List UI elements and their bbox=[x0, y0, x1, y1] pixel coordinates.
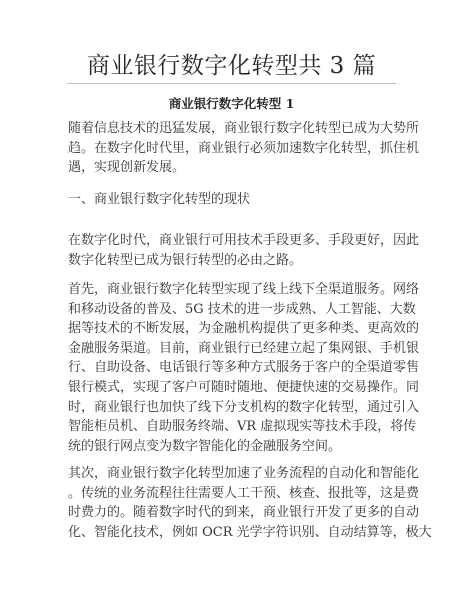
text-line: 据等技术的不断发展，为金融机构提供了更多种类、更高效的 bbox=[68, 319, 398, 339]
paragraph-second: 其次，商业银行数字化转型加速了业务流程的自动化和智能化 。传统的业务流程往往需要… bbox=[68, 464, 398, 542]
paragraph-first: 首先，商业银行数字化转型实现了线上线下全渠道服务。网络 和移动设备的普及、5G … bbox=[68, 280, 398, 456]
document-title: 商业银行数字化转型共 3 篇 bbox=[0, 52, 463, 80]
text-line: 和移动设备的普及、5G 技术的进一步成熟、人工智能、大数 bbox=[68, 300, 398, 320]
text-line: 首先，商业银行数字化转型实现了线上线下全渠道服务。网络 bbox=[68, 280, 398, 300]
section-title: 商业银行数字化转型 1 bbox=[0, 95, 463, 113]
text-line: 趋。在数字化时代里，商业银行必须加速数字化转型，抓住机 bbox=[68, 139, 398, 159]
text-line: 其次，商业银行数字化转型加速了业务流程的自动化和智能化 bbox=[68, 464, 398, 484]
paragraph-digital-era: 在数字化时代，商业银行可用技术手段更多、手段更好，因此 数字化转型已成为银行转型… bbox=[68, 231, 398, 270]
text-line: 数字化转型已成为银行转型的必由之路。 bbox=[68, 251, 398, 271]
text-line: 时费力的。随着数字时代的到来，商业银行开发了更多的自动 bbox=[68, 503, 398, 523]
section-heading-status: 一、商业银行数字化转型的现状 bbox=[68, 190, 398, 210]
text-line: 时，商业银行也加快了线下分支机构的数字化转型，通过引入 bbox=[68, 398, 398, 418]
text-line: 智能柜员机、自助服务终端、VR 虚拟现实等技术手段，将传 bbox=[68, 417, 398, 437]
text-line: 化、智能化技术，例如 OCR 光学字符识别、自动结算等，极大 bbox=[68, 523, 398, 543]
paragraph-intro: 随着信息技术的迅猛发展，商业银行数字化转型已成为大势所 趋。在数字化时代里，商业… bbox=[68, 119, 398, 178]
text-line: 。传统的业务流程往往需要人工干预、核查、报批等，这是费 bbox=[68, 484, 398, 504]
text-line: 遇，实现创新发展。 bbox=[68, 158, 398, 178]
text-line: 在数字化时代，商业银行可用技术手段更多、手段更好，因此 bbox=[68, 231, 398, 251]
document-page: 商业银行数字化转型共 3 篇 商业银行数字化转型 1 随着信息技术的迅猛发展，商… bbox=[0, 0, 463, 600]
title-divider bbox=[67, 83, 396, 84]
text-line: 银行模式，实现了客户可随时随地、便捷快速的交易操作。同 bbox=[68, 378, 398, 398]
text-line: 行、自助设备、电话银行等多种方式服务于客户的全渠道零售 bbox=[68, 358, 398, 378]
heading-line: 一、商业银行数字化转型的现状 bbox=[68, 190, 398, 210]
text-line: 随着信息技术的迅猛发展，商业银行数字化转型已成为大势所 bbox=[68, 119, 398, 139]
text-line: 统的银行网点变为数字智能化的金融服务空间。 bbox=[68, 437, 398, 457]
text-line: 金融服务渠道。目前，商业银行已经建立起了集网银、手机银 bbox=[68, 339, 398, 359]
